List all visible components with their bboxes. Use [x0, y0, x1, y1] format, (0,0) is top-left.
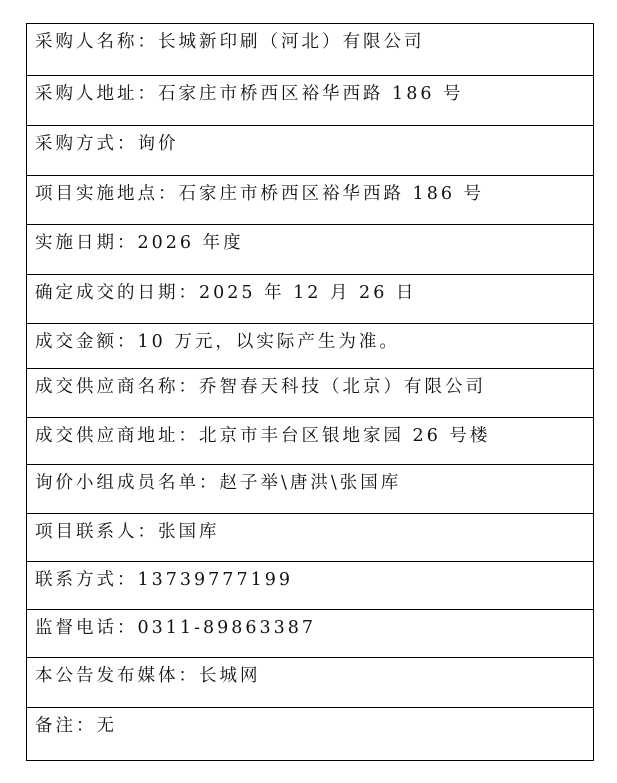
value: 0311-89863387 — [138, 618, 317, 638]
value: 13739777199 — [138, 570, 293, 590]
row-purchaser-address: 采购人地址：石家庄市桥西区裕华西路 186 号 — [27, 75, 593, 125]
value: 2025 年 12 月 26 日 — [199, 283, 416, 303]
row-remarks: 备注：无 — [27, 707, 593, 760]
row-project-contact: 项目联系人：张国库 — [27, 513, 593, 561]
label: 成交供应商地址： — [35, 426, 199, 446]
value: 张国库 — [158, 522, 220, 542]
row-supervision-phone: 监督电话：0311-89863387 — [27, 609, 593, 657]
announcement-table: 采购人名称：长城新印刷（河北）有限公司 采购人地址：石家庄市桥西区裕华西路 18… — [26, 23, 594, 761]
row-purchaser-name: 采购人名称：长城新印刷（河北）有限公司 — [27, 24, 593, 75]
label: 项目实施地点： — [35, 184, 179, 204]
row-deal-date: 确定成交的日期：2025 年 12 月 26 日 — [27, 274, 593, 323]
label: 确定成交的日期： — [35, 283, 199, 303]
value: 2026 年度 — [138, 233, 244, 253]
row-supplier-address: 成交供应商地址：北京市丰台区银地家园 26 号楼 — [27, 417, 593, 464]
value: 乔智春天科技（北京）有限公司 — [199, 377, 486, 397]
label: 项目联系人： — [35, 522, 158, 542]
row-project-location: 项目实施地点：石家庄市桥西区裕华西路 186 号 — [27, 175, 593, 224]
row-procurement-method: 采购方式：询价 — [27, 125, 593, 175]
label: 采购人地址： — [35, 84, 158, 104]
value: 长城网 — [199, 666, 261, 686]
row-inquiry-panel: 询价小组成员名单：赵子举\唐洪\张国库 — [27, 464, 593, 513]
row-supplier-name: 成交供应商名称：乔智春天科技（北京）有限公司 — [27, 368, 593, 417]
row-deal-amount: 成交金额：10 万元，以实际产生为准。 — [27, 323, 593, 368]
label: 本公告发布媒体： — [35, 666, 199, 686]
label: 采购方式： — [35, 134, 138, 154]
value: 10 万元，以实际产生为准。 — [138, 332, 400, 352]
value: 石家庄市桥西区裕华西路 186 号 — [179, 184, 485, 204]
value: 长城新印刷（河北）有限公司 — [158, 32, 425, 52]
label: 备注： — [35, 716, 97, 736]
label: 监督电话： — [35, 618, 138, 638]
label: 成交供应商名称： — [35, 377, 199, 397]
label: 询价小组成员名单： — [35, 473, 220, 493]
value: 北京市丰台区银地家园 26 号楼 — [199, 426, 490, 446]
row-implementation-date: 实施日期：2026 年度 — [27, 224, 593, 274]
label: 采购人名称： — [35, 32, 158, 52]
row-publication-media: 本公告发布媒体：长城网 — [27, 657, 593, 707]
label: 实施日期： — [35, 233, 138, 253]
value: 无 — [97, 716, 118, 736]
label: 联系方式： — [35, 570, 138, 590]
label: 成交金额： — [35, 332, 138, 352]
row-contact-phone: 联系方式：13739777199 — [27, 561, 593, 609]
value: 询价 — [138, 134, 179, 154]
value: 赵子举\唐洪\张国库 — [220, 473, 402, 493]
value: 石家庄市桥西区裕华西路 186 号 — [158, 84, 464, 104]
